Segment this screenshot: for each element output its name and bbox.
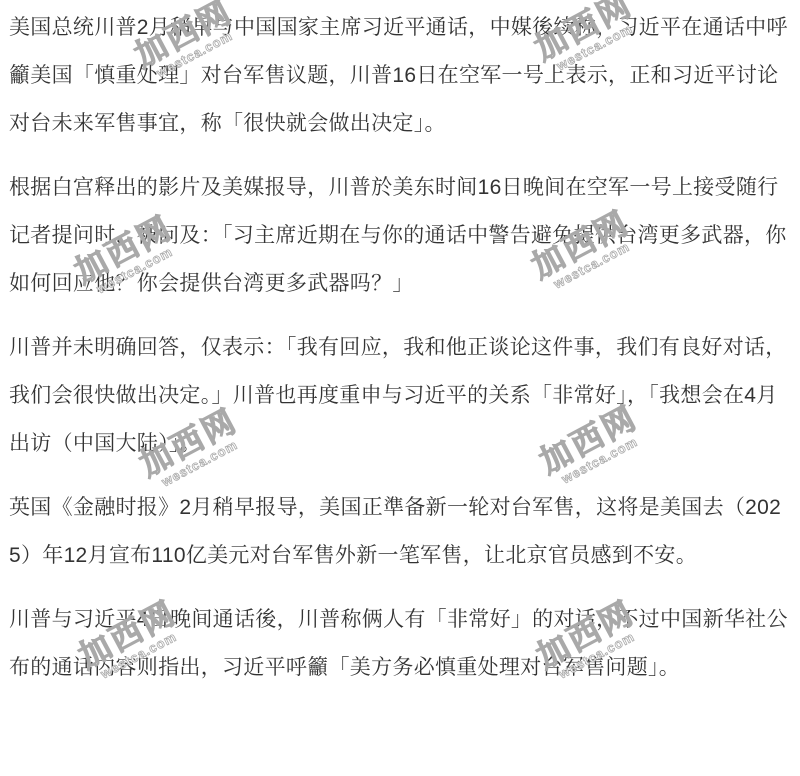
article-paragraph-1: 美国总统川普2月稍早与中国国家主席习近平通话，中媒後续称，习近平在通话中呼籲美国… [9,4,792,148]
article-paragraph-5: 川普与习近平4日晚间通话後，川普称俩人有「非常好」的对话，不过中国新华社公布的通… [9,596,792,692]
article-page: 美国总统川普2月稍早与中国国家主席习近平通话，中媒後续称，习近平在通话中呼籲美国… [0,0,800,776]
article-body: 美国总统川普2月稍早与中国国家主席习近平通话，中媒後续称，习近平在通话中呼籲美国… [0,0,800,692]
article-paragraph-2: 根据白宫释出的影片及美媒报导，川普於美东时间16日晚间在空军一号上接受随行记者提… [9,164,792,308]
article-paragraph-4: 英国《金融时报》2月稍早报导，美国正準备新一轮对台军售，这将是美国去（2025）… [9,484,792,580]
article-paragraph-3: 川普并未明确回答，仅表示：「我有回应，我和他正谈论这件事，我们有良好对话，我们会… [9,324,792,468]
